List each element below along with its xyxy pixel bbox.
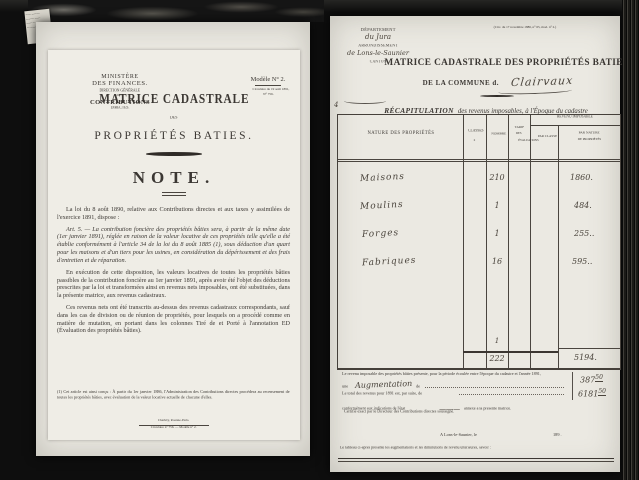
note-paragraph-article5: Art. 5. — La contribution foncière des p… (57, 226, 290, 265)
augmentation-value-handwritten: 38750 (580, 374, 603, 385)
year-placeholder: 189 . (553, 433, 562, 437)
col-header-par-nature: PAR NATURE DE PROPRIÉTÉS (558, 131, 620, 144)
values-bracket-rule (572, 372, 573, 400)
row-nombre-handwritten: 210 (486, 173, 508, 182)
col-header-classes: CLASSES (463, 129, 486, 135)
column-rule (558, 126, 559, 368)
col-header-classes-note: 2 (463, 139, 486, 145)
row-nature-handwritten: Fabriques (362, 256, 417, 269)
place-date-line: A Lons-le-Saunier, le 189 . (440, 424, 600, 442)
row-nature-handwritten: Forges (362, 228, 400, 240)
left-subtitle: PROPRIÉTÉS BATIES. (48, 130, 300, 142)
ministry-line: DES FINANCES. (72, 80, 168, 87)
summary-line-1b: une Augmentation de (342, 380, 567, 389)
total-revenu-handwritten: 5194. (574, 353, 597, 362)
folio-number: 4 (334, 94, 338, 112)
commune-label: DE LA COMMUNE d. (423, 79, 499, 87)
row-nature-handwritten: Maisons (360, 172, 405, 184)
arrondissement-label: ARRONDISSEMENT (358, 44, 398, 48)
small-divider-ornament (480, 95, 514, 97)
column-rule (508, 115, 509, 368)
torn-page-edge (28, 0, 324, 22)
header-rule (338, 159, 620, 160)
right-title: MATRICE CADASTRALE DES PROPRIÉTÉS BATIES (378, 52, 616, 70)
dot-leader (459, 394, 564, 395)
next-table-rule-2 (338, 461, 614, 462)
dot-leader (425, 387, 564, 388)
summary-line-2: Le total des revenus pour 1891 est, par … (342, 390, 567, 396)
column-rule (463, 115, 464, 368)
printer-name: Charléty, Roanne-Paris. (158, 419, 189, 422)
note-paragraph: Ces revenus nets ont été transcrits au-d… (57, 304, 290, 335)
model-number: Modèle N° 2. (238, 76, 298, 83)
printer-imprint: Charléty, Roanne-Paris. Circulaire n° 75… (48, 419, 300, 432)
augmentation-handwritten: Augmentation (355, 379, 413, 390)
header-rule (338, 161, 620, 162)
top-reference-note: (Circ. du 17 novembre 1886, n° 65, mod. … (440, 26, 610, 32)
scanned-document-background: —— ——— ——— —— —— — — —— MINISTÈRE DES FI… (0, 0, 639, 480)
row-revenu-handwritten: 595.. (572, 257, 592, 266)
total-1891-value-handwritten: 618150 (578, 388, 606, 399)
certify-line: Certifié exact par le Directeur des Cont… (344, 410, 574, 416)
column-rule (530, 115, 531, 368)
commune-line: DE LA COMMUNE d. Clairvaux (386, 72, 610, 90)
departement-value-handwritten: du Jura (336, 34, 420, 41)
col-header-tarif: TARIF DES ÉVALUATIONS (508, 126, 530, 145)
totals-rule (463, 351, 558, 353)
row-revenu-handwritten: 484. (574, 201, 592, 210)
row-nombre-handwritten: 1 (486, 229, 508, 238)
note-paragraph: En exécution de cette disposition, les v… (57, 269, 290, 300)
recap-table: NATURE DES PROPRIÉTÉS CLASSES 2 NOMBRE T… (337, 114, 621, 370)
col-header-nombre: NOMBRE (486, 132, 508, 138)
column-rule (486, 115, 487, 368)
total-nombre-handwritten: 222 (482, 354, 512, 363)
row-nombre-handwritten: 16 (486, 257, 508, 266)
col-header-revenu-span: REVENU IMPOSABLE (530, 115, 620, 126)
note-sheet: MINISTÈRE DES FINANCES. DIRECTION GÉNÉRA… (48, 50, 300, 440)
bottom-note: Le tableau ci-après présente les augment… (340, 446, 580, 452)
departement-label: DÉPARTEMENT (361, 28, 396, 32)
left-title: MATRICE CADASTRALE (48, 90, 300, 108)
row-nature-handwritten: Moulins (360, 200, 404, 212)
left-title-des: DES (48, 116, 300, 122)
totals-rule-revenu (558, 348, 620, 349)
row-revenu-handwritten: 1860. (570, 173, 593, 182)
divider-ornament (146, 152, 202, 156)
left-page: MINISTÈRE DES FINANCES. DIRECTION GÉNÉRA… (36, 22, 310, 456)
footnote: (1) Cet article est ainsi conçu : À part… (57, 390, 290, 406)
printer-reference: Circulaire n° 756. — Modèle n° 2. (151, 426, 197, 429)
note-heading: NOTE. (48, 168, 300, 188)
summary-line-1: Le revenu imposable des propriétés bâtie… (342, 372, 572, 380)
right-page: DÉPARTEMENT du Jura ARRONDISSEMENT de Lo… (330, 16, 620, 472)
col-header-nature: NATURE DES PROPRIÉTÉS (338, 131, 463, 137)
subtotal-nombre-handwritten: 1 (486, 337, 508, 345)
note-body: La loi du 8 août 1890, relative aux Cont… (57, 206, 290, 339)
row-revenu-handwritten: 255.. (574, 229, 594, 238)
col-header-par-classe: PAR CLASSE (530, 135, 558, 141)
note-heading-rule (162, 192, 186, 196)
next-table-rule (338, 458, 614, 459)
row-nombre-handwritten: 1 (486, 201, 508, 210)
note-paragraph: La loi du 8 août 1890, relative aux Cont… (57, 206, 290, 222)
book-edge-pages (622, 0, 639, 480)
